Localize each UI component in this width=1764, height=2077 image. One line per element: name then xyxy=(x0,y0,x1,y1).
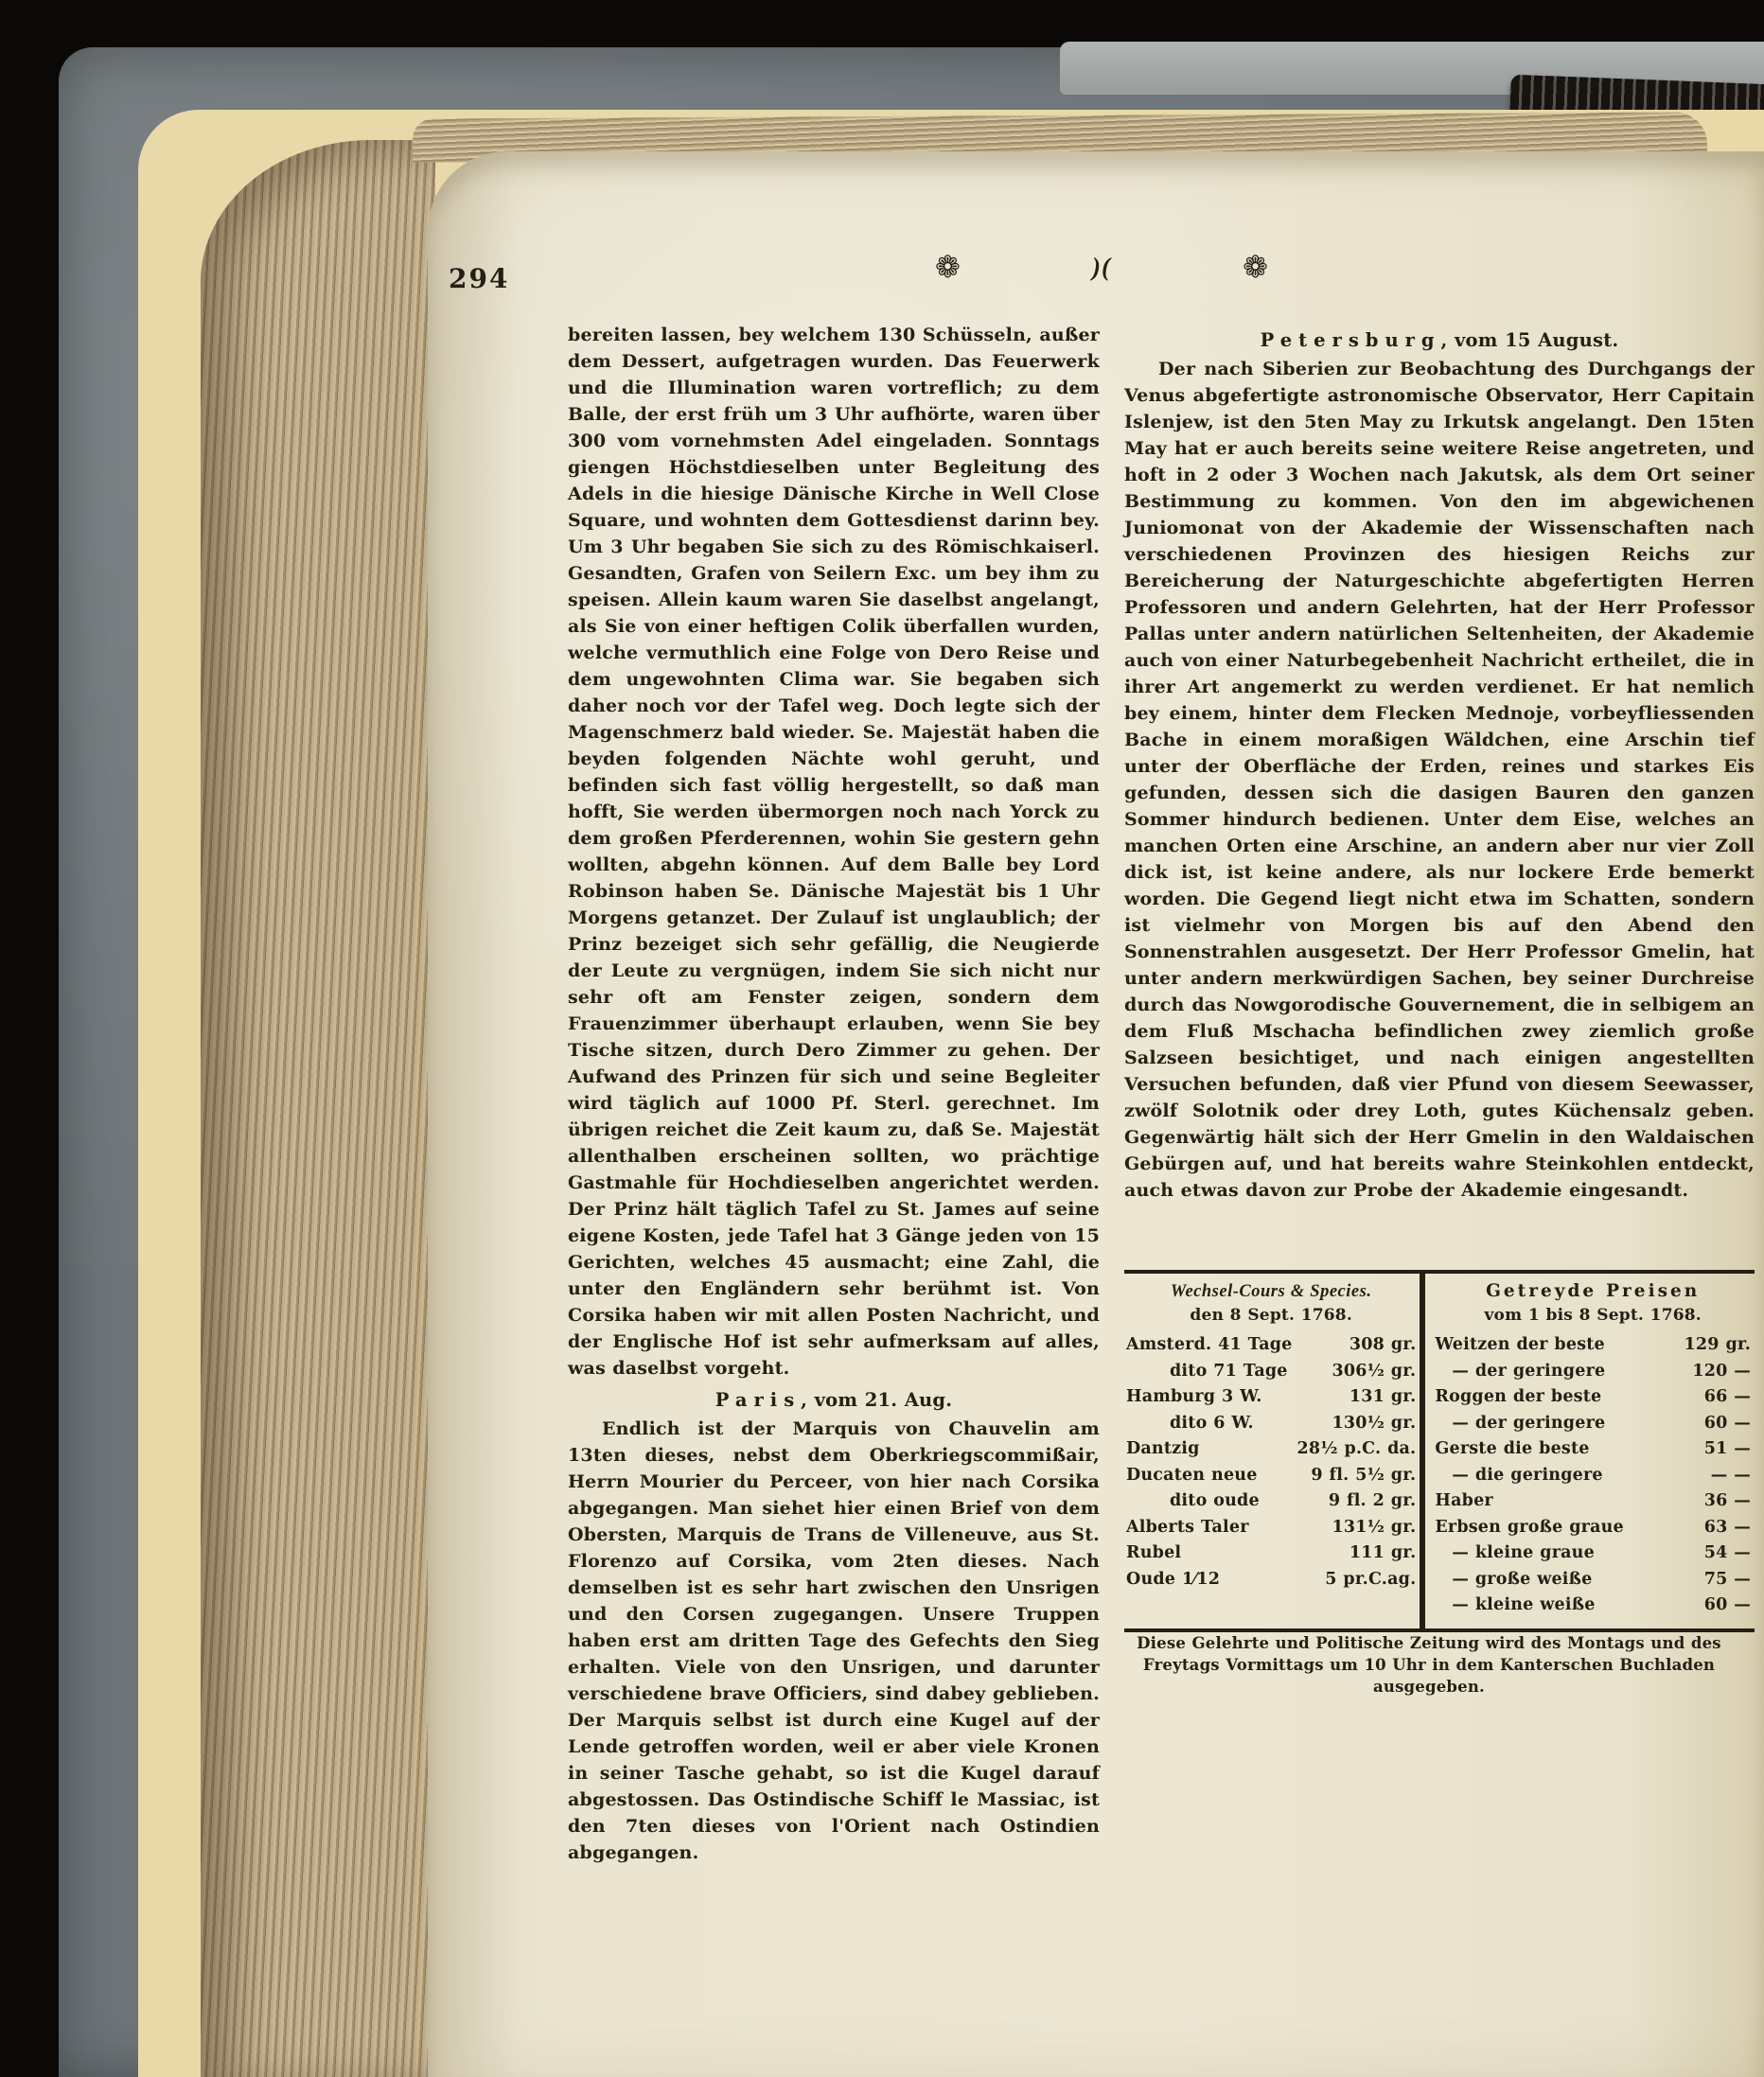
header-ornaments: ❁ )( ❁ xyxy=(935,252,1268,282)
table-row: — der geringere60 — xyxy=(1435,1411,1751,1437)
table-row: dito oude9 fl. 2 gr. xyxy=(1126,1488,1416,1515)
dateline-petersburg: Petersburg, vom 15 August. xyxy=(1124,327,1755,354)
row-value: 5 pr.C.ag. xyxy=(1319,1567,1416,1593)
row-label: Ducaten neue xyxy=(1126,1463,1258,1489)
row-label: dito 6 W. xyxy=(1126,1411,1254,1437)
row-value: 9 fl. 5½ gr. xyxy=(1305,1463,1416,1489)
row-label: — große weiße xyxy=(1435,1567,1592,1593)
row-label: Oude 1⁄12 xyxy=(1126,1567,1220,1593)
separator-mark-icon: )( xyxy=(1092,253,1111,282)
table-row: dito 6 W.130½ gr. xyxy=(1126,1411,1416,1437)
table-row: — große weiße75 — xyxy=(1435,1567,1751,1593)
table-row: dito 71 Tage306½ gr. xyxy=(1126,1359,1416,1385)
row-label: Haber xyxy=(1435,1488,1492,1515)
dateline-date: , vom 15 August. xyxy=(1441,329,1619,351)
table-row: — der geringere120 — xyxy=(1435,1359,1751,1385)
page-stack-fore-edge xyxy=(201,140,435,2077)
row-label: Hamburg 3 W. xyxy=(1126,1384,1262,1411)
right-column: Petersburg, vom 15 August. Der nach Sibe… xyxy=(1124,322,1755,2077)
row-label: — der geringere xyxy=(1435,1359,1605,1385)
exchange-rates-table: Wechsel-Cours & Species. den 8 Sept. 176… xyxy=(1124,1274,1420,1628)
row-label: dito 71 Tage xyxy=(1126,1359,1288,1385)
row-label: — der geringere xyxy=(1435,1411,1605,1437)
row-label: — kleine weiße xyxy=(1435,1593,1595,1619)
row-value: 9 fl. 2 gr. xyxy=(1323,1488,1417,1515)
exchange-table-title: Wechsel-Cours & Species. xyxy=(1126,1279,1416,1304)
grain-table-date: vom 1 bis 8 Sept. 1768. xyxy=(1435,1304,1751,1327)
row-label: Weitzen der beste xyxy=(1435,1332,1605,1359)
table-row: Weitzen der beste129 gr. xyxy=(1435,1332,1751,1359)
table-row: Dantzig28½ p.C. da. xyxy=(1126,1436,1416,1463)
article-paris: Endlich ist der Marquis von Chauvelin am… xyxy=(568,1416,1100,1866)
row-value: 28½ p.C. da. xyxy=(1291,1436,1416,1463)
open-page: 294 ❁ )( ❁ bereiten lassen, bey welchem … xyxy=(428,151,1764,2077)
row-value: 60 — xyxy=(1699,1593,1751,1619)
table-row: — kleine weiße60 — xyxy=(1435,1593,1751,1619)
row-label: Rubel xyxy=(1126,1540,1181,1567)
dateline-date: , vom 21. Aug. xyxy=(801,1389,952,1411)
table-row: Haber36 — xyxy=(1435,1488,1751,1515)
table-row: Roggen der beste66 — xyxy=(1435,1384,1751,1411)
table-row: Erbsen große graue63 — xyxy=(1435,1515,1751,1541)
article-london-continuation: bereiten lassen, bey welchem 130 Schüsse… xyxy=(568,322,1100,1382)
text-columns: bereiten lassen, bey welchem 130 Schüsse… xyxy=(568,322,1755,2077)
row-value: 51 — xyxy=(1699,1436,1751,1463)
table-row: Gerste die beste51 — xyxy=(1435,1436,1751,1463)
row-value: 129 gr. xyxy=(1679,1332,1751,1359)
row-label: — kleine graue xyxy=(1435,1540,1595,1567)
row-value: 54 — xyxy=(1699,1540,1751,1567)
price-tables: Wechsel-Cours & Species. den 8 Sept. 176… xyxy=(1124,1270,1755,1632)
row-value: 131½ gr. xyxy=(1326,1515,1416,1541)
row-label: Alberts Taler xyxy=(1126,1515,1249,1541)
table-row: Hamburg 3 W.131 gr. xyxy=(1126,1384,1416,1411)
exchange-table-date: den 8 Sept. 1768. xyxy=(1126,1304,1416,1327)
row-value: 36 — xyxy=(1699,1488,1751,1515)
fleuron-icon: ❁ xyxy=(935,252,961,282)
row-value: 131 gr. xyxy=(1344,1384,1416,1411)
table-row: — kleine graue54 — xyxy=(1435,1540,1751,1567)
row-value: 308 gr. xyxy=(1344,1332,1416,1359)
row-value: — — xyxy=(1705,1463,1751,1489)
dateline-place: Petersburg xyxy=(1261,329,1441,351)
row-label: Gerste die beste xyxy=(1435,1436,1589,1463)
row-value: 306½ gr. xyxy=(1326,1359,1416,1385)
publication-notice: Diese Gelehrte und Politische Zeitung wi… xyxy=(1124,1632,1755,1698)
row-label: — die geringere xyxy=(1435,1463,1602,1489)
row-value: 130½ gr. xyxy=(1326,1411,1416,1437)
table-row: Oude 1⁄125 pr.C.ag. xyxy=(1126,1567,1416,1593)
table-row: Alberts Taler131½ gr. xyxy=(1126,1515,1416,1541)
row-label: Roggen der beste xyxy=(1435,1384,1601,1411)
table-row: — die geringere— — xyxy=(1435,1463,1751,1489)
row-value: 60 — xyxy=(1699,1411,1751,1437)
table-row: Ducaten neue9 fl. 5½ gr. xyxy=(1126,1463,1416,1489)
row-value: 120 — xyxy=(1686,1359,1751,1385)
table-row: Rubel111 gr. xyxy=(1126,1540,1416,1567)
article-petersburg: Der nach Siberien zur Beobachtung des Du… xyxy=(1124,356,1755,1204)
dateline-paris: Paris, vom 21. Aug. xyxy=(568,1387,1100,1414)
row-label: Erbsen große graue xyxy=(1435,1515,1624,1541)
dateline-place: Paris xyxy=(715,1389,801,1411)
grain-prices-table: Getreyde Preisen vom 1 bis 8 Sept. 1768.… xyxy=(1420,1274,1755,1628)
left-column: bereiten lassen, bey welchem 130 Schüsse… xyxy=(568,322,1100,2077)
row-label: Amsterd. 41 Tage xyxy=(1126,1332,1293,1359)
table-row: Amsterd. 41 Tage308 gr. xyxy=(1126,1332,1416,1359)
row-label: dito oude xyxy=(1126,1488,1260,1515)
grain-table-title: Getreyde Preisen xyxy=(1435,1279,1751,1304)
fleuron-icon: ❁ xyxy=(1243,252,1268,282)
row-value: 66 — xyxy=(1699,1384,1751,1411)
row-value: 63 — xyxy=(1699,1515,1751,1541)
row-label: Dantzig xyxy=(1126,1436,1200,1463)
row-value: 75 — xyxy=(1699,1567,1751,1593)
row-value: 111 gr. xyxy=(1344,1540,1416,1567)
page-number: 294 xyxy=(449,263,509,294)
photographed-book-scene: 294 ❁ )( ❁ bereiten lassen, bey welchem … xyxy=(0,0,1764,2077)
